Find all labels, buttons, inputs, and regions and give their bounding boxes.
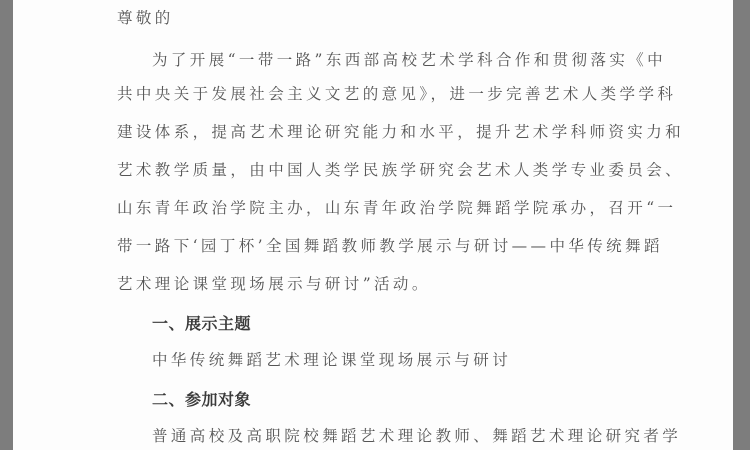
intro-paragraph-line: 为了开展“一带一路”东西部高校艺术学科合作和贯彻落实《中 [152,50,666,70]
section-heading-participants: 二、参加对象 [152,390,251,410]
section-body-line: 普通高校及高职院校舞蹈艺术理论教师、舞蹈艺术理论研究者学 [152,426,681,446]
document-viewer: 尊敬的 为了开展“一带一路”东西部高校艺术学科合作和贯彻落实《中 共中央关于发展… [0,0,750,450]
intro-paragraph-line: 山东青年政治学院主办，山东青年政治学院舞蹈学院承办，召开“一 [117,198,676,218]
intro-paragraph-line: 共中央关于发展社会主义文艺的意见》，进一步完善艺术人类学学科 [117,84,676,104]
document-page: 尊敬的 为了开展“一带一路”东西部高校艺术学科合作和贯彻落实《中 共中央关于发展… [13,0,733,450]
intro-paragraph-line: 艺术理论课堂现场展示与研讨”活动。 [117,274,431,294]
section-heading-theme: 一、展示主题 [152,314,251,334]
section-body-line: 中华传统舞蹈艺术理论课堂现场展示与研讨 [152,350,511,370]
intro-paragraph-line: 带一路下‘园丁杯’全国舞蹈教师教学展示与研讨——中华传统舞蹈 [117,236,663,256]
intro-paragraph-line: 建设体系，提高艺术理论研究能力和水平，提升艺术学科师资实力和 [117,122,684,142]
intro-paragraph-line: 艺术教学质量，由中国人类学民族学研究会艺术人类学专业委员会、 [117,160,684,180]
salutation: 尊敬的 [117,8,174,28]
